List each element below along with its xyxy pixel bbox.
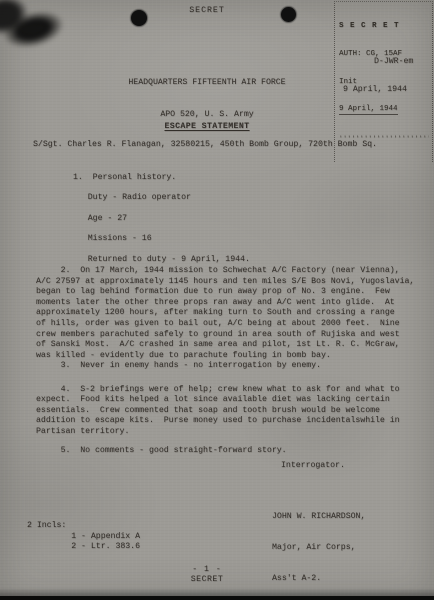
- signature-name: JOHN W. RICHARDSON,: [272, 512, 365, 522]
- paragraph-1-personal-history: 1. Personal history. Duty - Radio operat…: [73, 173, 250, 265]
- letterhead-address: APO 520, U. S. Army: [0, 110, 414, 121]
- enclosures-list: 2 Incls: 1 - Appendix A 2 - Ltr. 383.6: [27, 521, 140, 553]
- signature-rank: Major, Air Corps,: [272, 543, 365, 553]
- paragraph-3-enemy-hands: 3. Never in enemy hands - no interrogati…: [36, 361, 321, 372]
- paragraph-2-mission-account: 2. On 17 March, 1944 mission to Schwecha…: [36, 266, 414, 361]
- stamp-classification: S E C R E T: [339, 22, 429, 31]
- subject-line: S/Sgt. Charles R. Flanagan, 32580215, 45…: [33, 140, 377, 151]
- paragraph-5-comments: 5. No comments - good straight-forward s…: [36, 446, 287, 457]
- scan-edge: [0, 596, 434, 600]
- document-page: SECRET S E C R E T AUTH: CG, 15AF Init 9…: [0, 0, 434, 600]
- scan-edge-shadow: [0, 588, 434, 596]
- signature-role: Interrogator.: [281, 461, 345, 472]
- document-date: 9 April, 1944: [343, 85, 407, 96]
- document-title: ESCAPE STATEMENT: [0, 122, 414, 133]
- page-number: - 1 -: [0, 565, 414, 576]
- office-reference-code: D-JWR-em: [374, 57, 413, 68]
- paragraph-4-briefings: 4. S-2 briefings were of help; crew knew…: [36, 385, 400, 437]
- classification-footer: SECRET: [0, 575, 414, 586]
